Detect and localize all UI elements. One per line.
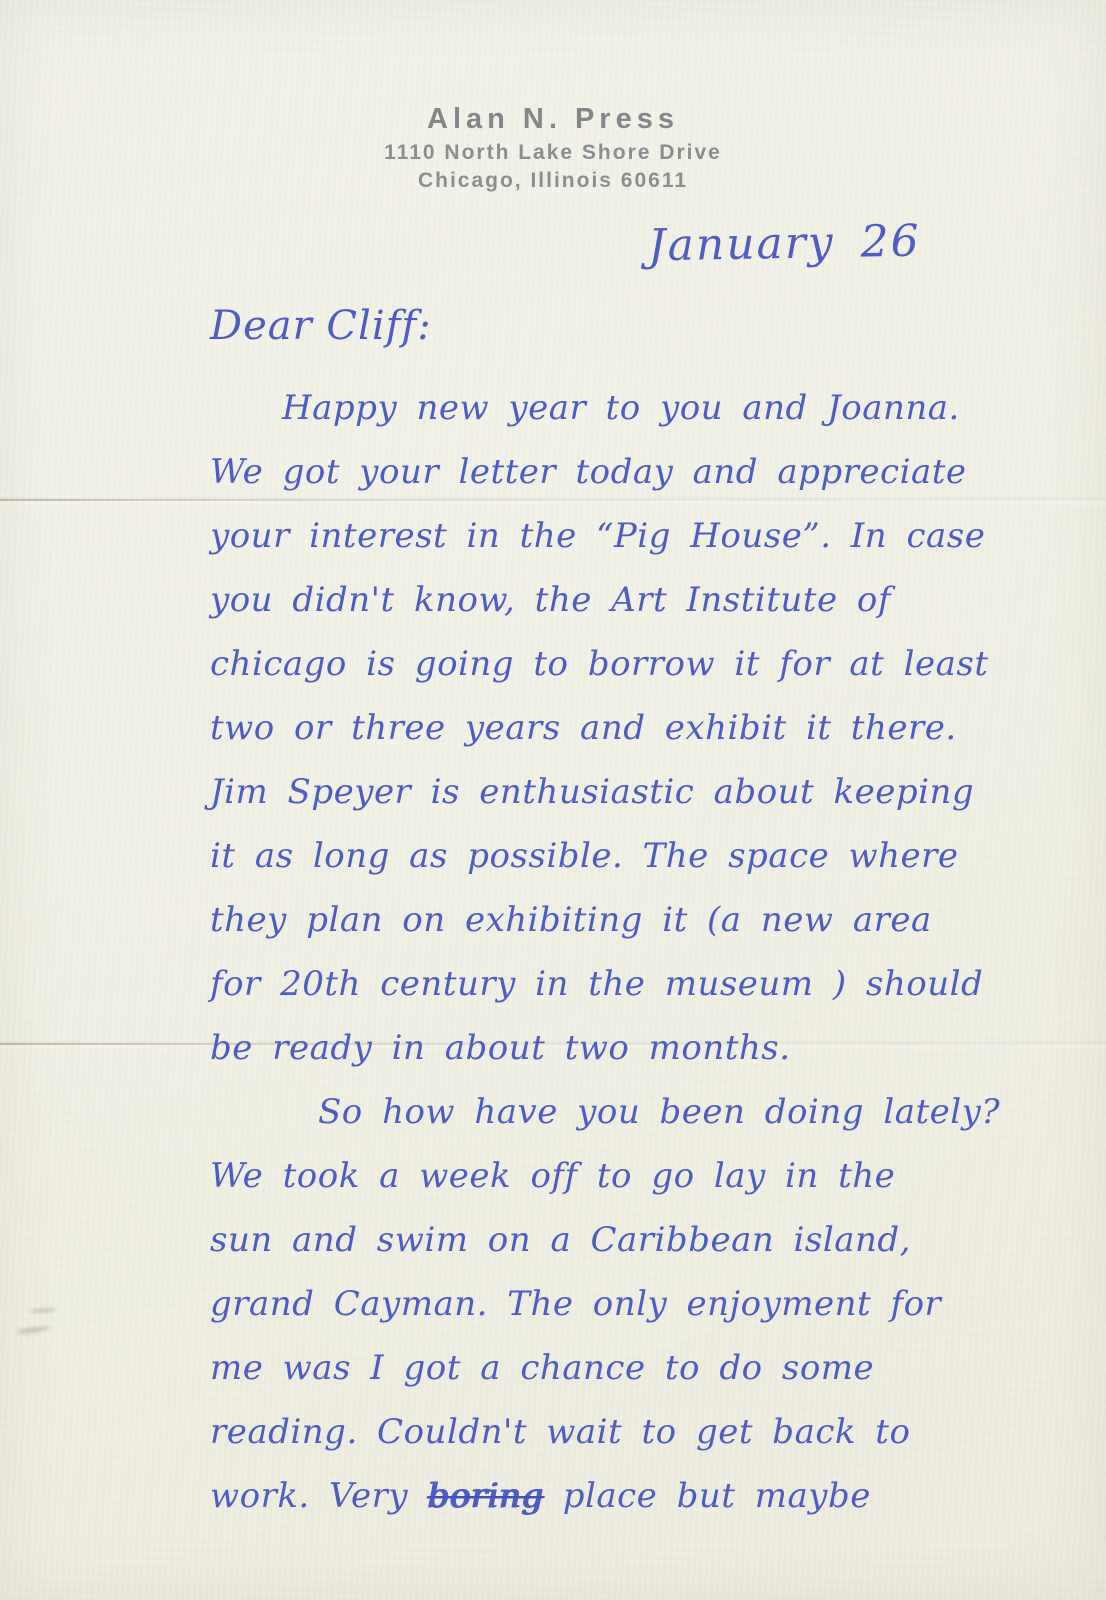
letter-line: me was I got a chance to do some	[210, 1336, 1020, 1400]
letter-line: So how have you been doing lately?	[210, 1080, 1020, 1144]
letter-line: reading. Couldn't wait to get back to	[210, 1400, 1020, 1464]
line-segment: work. Very	[210, 1476, 427, 1516]
letter-line: grand Cayman. The only enjoyment for	[210, 1272, 1020, 1336]
letterhead-address-city: Chicago, Illinois 60611	[0, 167, 1106, 195]
letter-line: you didn't know, the Art Institute of	[210, 568, 1020, 632]
letter-line: they plan on exhibiting it (a new area	[210, 888, 1020, 952]
letter-line: for 20th century in the museum ) should	[210, 952, 1020, 1016]
overwritten-word: boring	[427, 1476, 543, 1516]
letterhead-name: Alan N. Press	[0, 100, 1106, 139]
letter-line: sun and swim on a Caribbean island,	[210, 1208, 1020, 1272]
letter-line: be ready in about two months.	[210, 1016, 1020, 1080]
letter-page: Alan N. Press 1110 North Lake Shore Driv…	[0, 0, 1106, 1600]
letter-line: Happy new year to you and Joanna.	[210, 376, 1020, 440]
letterhead: Alan N. Press 1110 North Lake Shore Driv…	[0, 100, 1106, 196]
letter-line: Jim Speyer is enthusiastic about keeping	[210, 760, 1020, 824]
letter-date: January 26	[648, 216, 922, 272]
pencil-smudge	[30, 1307, 56, 1314]
letter-line: We got your letter today and appreciate	[210, 440, 1020, 504]
letter-line: We took a week off to go lay in the	[210, 1144, 1020, 1208]
letter-line: work. Very boring place but maybe	[210, 1464, 1020, 1528]
letter-line: two or three years and exhibit it there.	[210, 696, 1020, 760]
line-segment: place but maybe	[543, 1476, 870, 1516]
letter-line: your interest in the “Pig House”. In cas…	[210, 504, 1020, 568]
letter-line: it as long as possible. The space where	[210, 824, 1020, 888]
letter-salutation: Dear Cliff:	[210, 303, 432, 349]
pencil-smudge	[16, 1325, 51, 1336]
letter-line: chicago is going to borrow it for at lea…	[210, 632, 1020, 696]
letter-body: Happy new year to you and Joanna.We got …	[210, 376, 1020, 1528]
letterhead-address-street: 1110 North Lake Shore Drive	[0, 139, 1106, 167]
